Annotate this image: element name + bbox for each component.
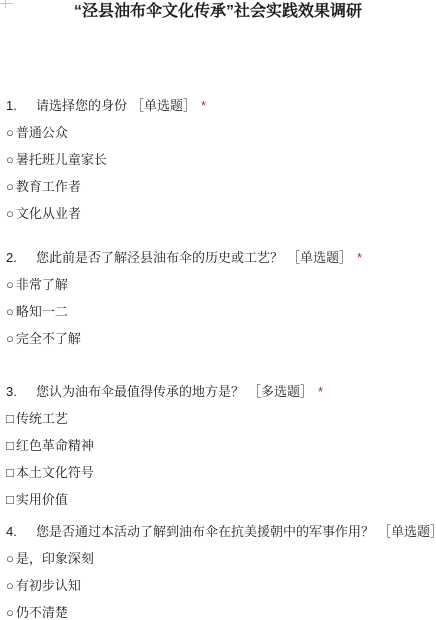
option-label: 暑托班儿童家长 xyxy=(16,152,107,167)
checkbox-icon[interactable]: □ xyxy=(6,411,14,426)
option-row[interactable]: □传统工艺 xyxy=(6,411,426,426)
required-asterisk: * xyxy=(201,98,206,113)
option-label: 教育工作者 xyxy=(16,179,81,194)
question-text: 您此前是否了解泾县油布伞的历史或工艺？ xyxy=(36,250,283,265)
required-asterisk: * xyxy=(357,250,362,265)
question-number: 4. xyxy=(6,524,36,539)
option-label: 是，印象深刻 xyxy=(16,551,94,566)
question-block-4: 4.您是否通过本活动了解到油布伞在抗美援朝中的军事作用？［单选题］* ○是，印象… xyxy=(6,524,426,620)
question-list: 1.请选择您的身份［单选题］* ○普通公众 ○暑托班儿童家长 ○教育工作者 ○文… xyxy=(0,98,436,620)
option-row[interactable]: ○文化从业者 xyxy=(6,206,426,221)
option-label: 完全不了解 xyxy=(16,331,81,346)
option-label: 红色革命精神 xyxy=(16,438,94,453)
question-header: 1.请选择您的身份［单选题］* xyxy=(6,98,426,113)
option-label: 实用价值 xyxy=(16,492,68,507)
radio-icon[interactable]: ○ xyxy=(6,331,14,346)
checkbox-icon[interactable]: □ xyxy=(6,465,14,480)
question-text: 您是否通过本活动了解到油布伞在抗美援朝中的军事作用？ xyxy=(36,524,374,539)
option-row[interactable]: ○非常了解 xyxy=(6,277,426,292)
question-type-tag: ［单选题］ xyxy=(378,524,436,539)
option-row[interactable]: ○暑托班儿童家长 xyxy=(6,152,426,167)
question-block-3: 3.您认为油布伞最值得传承的地方是？［多选题］* □传统工艺 □红色革命精神 □… xyxy=(6,384,426,507)
radio-icon[interactable]: ○ xyxy=(6,551,14,566)
question-number: 1. xyxy=(6,98,36,113)
question-type-tag: ［单选题］ xyxy=(287,250,352,265)
survey-page: { "title": "“泾县油布伞文化传承”社会实践效果调研", "color… xyxy=(0,0,436,620)
question-header: 2.您此前是否了解泾县油布伞的历史或工艺？［单选题］* xyxy=(6,250,426,265)
option-row[interactable]: ○是，印象深刻 xyxy=(6,551,426,566)
radio-icon[interactable]: ○ xyxy=(6,304,14,319)
option-label: 普通公众 xyxy=(16,125,68,140)
question-block-2: 2.您此前是否了解泾县油布伞的历史或工艺？［单选题］* ○非常了解 ○略知一二 … xyxy=(6,250,426,346)
option-label: 非常了解 xyxy=(16,277,68,292)
crop-mark-icon xyxy=(0,0,14,10)
radio-icon[interactable]: ○ xyxy=(6,605,14,620)
radio-icon[interactable]: ○ xyxy=(6,277,14,292)
question-text: 您认为油布伞最值得传承的地方是？ xyxy=(36,384,244,399)
question-header: 4.您是否通过本活动了解到油布伞在抗美援朝中的军事作用？［单选题］* xyxy=(6,524,426,539)
question-header: 3.您认为油布伞最值得传承的地方是？［多选题］* xyxy=(6,384,426,399)
option-row[interactable]: □红色革命精神 xyxy=(6,438,426,453)
option-row[interactable]: ○有初步认知 xyxy=(6,578,426,593)
question-number: 2. xyxy=(6,250,36,265)
option-row[interactable]: ○普通公众 xyxy=(6,125,426,140)
question-text: 请选择您的身份 xyxy=(36,98,127,113)
option-label: 有初步认知 xyxy=(16,578,81,593)
option-label: 传统工艺 xyxy=(16,411,68,426)
question-block-1: 1.请选择您的身份［单选题］* ○普通公众 ○暑托班儿童家长 ○教育工作者 ○文… xyxy=(6,98,426,221)
radio-icon[interactable]: ○ xyxy=(6,152,14,167)
checkbox-icon[interactable]: □ xyxy=(6,438,14,453)
checkbox-icon[interactable]: □ xyxy=(6,492,14,507)
question-type-tag: ［多选题］ xyxy=(248,384,313,399)
option-row[interactable]: □本土文化符号 xyxy=(6,465,426,480)
option-row[interactable]: ○完全不了解 xyxy=(6,331,426,346)
question-type-tag: ［单选题］ xyxy=(131,98,196,113)
option-label: 仍不清楚 xyxy=(16,605,68,620)
option-label: 本土文化符号 xyxy=(16,465,94,480)
option-row[interactable]: ○教育工作者 xyxy=(6,179,426,194)
radio-icon[interactable]: ○ xyxy=(6,179,14,194)
option-row[interactable]: □实用价值 xyxy=(6,492,426,507)
question-number: 3. xyxy=(6,384,36,399)
option-label: 略知一二 xyxy=(16,304,68,319)
survey-title: “泾县油布伞文化传承”社会实践效果调研 xyxy=(0,0,436,22)
option-label: 文化从业者 xyxy=(16,206,81,221)
radio-icon[interactable]: ○ xyxy=(6,125,14,140)
option-row[interactable]: ○略知一二 xyxy=(6,304,426,319)
radio-icon[interactable]: ○ xyxy=(6,206,14,221)
radio-icon[interactable]: ○ xyxy=(6,578,14,593)
required-asterisk: * xyxy=(318,384,323,399)
option-row[interactable]: ○仍不清楚 xyxy=(6,605,426,620)
